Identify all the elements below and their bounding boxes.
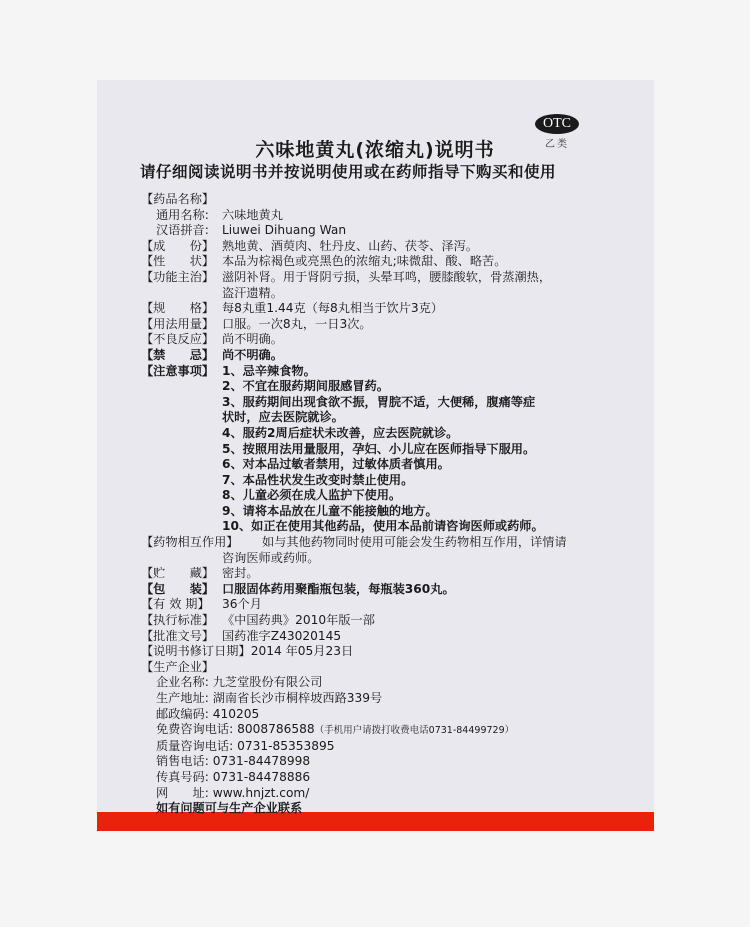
postcode-row: 邮政编码: 410205 [141,707,641,723]
precaution-item: 10、如正在使用其他药品，使用本品前请咨询医师或药师。 [141,519,641,535]
section-properties: 【性 状】 本品为棕褐色或亮黑色的浓缩丸;味微甜、酸、略苦。 [141,254,641,270]
precaution-item: 4、服药2周后症状未改善，应去医院就诊。 [141,426,641,442]
section-dosage: 【用法用量】 口服。一次8丸，一日3次。 [141,317,641,333]
document-title: 六味地黄丸(浓缩丸)说明书 [0,135,750,162]
section-label: 【禁 忌】 [141,348,222,364]
section-value: 熟地黄、酒萸肉、牡丹皮、山药、茯苓、泽泻。 [222,239,478,255]
section-label: 【性 状】 [141,254,222,270]
section-storage: 【贮 藏】 密封。 [141,566,641,582]
section-label: 【注意事项】 [141,364,222,380]
section-value: 每8丸重1.44克（每8丸相当于饮片3克） [222,301,443,317]
section-value: 本品为棕褐色或亮黑色的浓缩丸;味微甜、酸、略苦。 [222,254,506,270]
section-label: 【规 格】 [141,301,222,317]
section-expiry: 【有 效 期】 36个月 [141,597,641,613]
field-value: Liuwei Dihuang Wan [222,223,346,239]
section-value: 《中国药典》2010年版一部 [222,613,375,629]
field-label: 通用名称: [156,208,222,224]
section-precautions: 【注意事项】 1、忌辛辣食物。 [141,364,641,380]
field-label: 企业名称: [156,675,209,689]
section-label: 【用法用量】 [141,317,222,333]
section-value: 国药准字Z43020145 [222,629,341,645]
section-standard: 【执行标准】 《中国药典》2010年版一部 [141,613,641,629]
section-value: 口服。一次8丸，一日3次。 [222,317,372,333]
field-label: 免费咨询电话: [156,722,233,736]
precaution-item: 2、不宜在服药期间服感冒药。 [141,379,641,395]
section-label: 【功能主治】 [141,270,222,286]
section-revision: 【说明书修订日期】 2014 年05月23日 [141,644,641,660]
address-row: 生产地址: 湖南省长沙市桐梓坡西路339号 [141,691,641,707]
section-value-cont: 盗汗遗精。 [141,286,641,302]
precaution-item: 5、按照用法用量服用，孕妇、小儿应在医师指导下服用。 [141,442,641,458]
section-ingredients: 【成 份】 熟地黄、酒萸肉、牡丹皮、山药、茯苓、泽泻。 [141,239,641,255]
field-value: 0731-85353895 [237,739,334,753]
section-indications: 【功能主治】 滋阴补肾。用于肾阴亏损，头晕耳鸣，腰膝酸软，骨蒸潮热， [141,270,641,286]
section-contraindications: 【禁 忌】 尚不明确。 [141,348,641,364]
section-label: 【不良反应】 [141,332,222,348]
section-label: 【包 装】 [141,582,222,598]
section-value: 36个月 [222,597,262,613]
website-value: www.hnjzt.com/ [213,786,310,800]
section-label: 【成 份】 [141,239,222,255]
field-value: 410205 [213,707,260,721]
section-manufacturer: 【生产企业】 [141,660,641,676]
field-value: 湖南省长沙市桐梓坡西路339号 [213,691,383,705]
field-label: 邮政编码: [156,707,209,721]
section-drug-name: 【药品名称】 [141,192,641,208]
section-label: 【说明书修订日期】 [141,644,251,660]
precaution-item: 9、请将本品放在儿童不能接触的地方。 [141,504,641,520]
section-label: 【贮 藏】 [141,566,222,582]
field-label: 生产地址: [156,691,209,705]
precaution-item: 6、对本品过敏者禁用，过敏体质者慎用。 [141,457,641,473]
sales-phone-row: 销售电话: 0731-84478998 [141,754,641,770]
precaution-item: 8、儿童必须在成人监护下使用。 [141,488,641,504]
section-value: 密封。 [222,566,259,582]
section-specification: 【规 格】 每8丸重1.44克（每8丸相当于饮片3克） [141,301,641,317]
precaution-item-cont: 状时，应去医院就诊。 [141,410,641,426]
section-interactions: 【药物相互作用】 如与其他药物同时使用可能会发生药物相互作用，详情请 [141,535,641,551]
section-label: 【有 效 期】 [141,597,222,613]
section-label: 【药品名称】 [141,192,214,208]
field-value: 0731-84478998 [213,754,310,768]
document-subtitle: 请仔细阅读说明书并按说明使用或在药师指导下购买和使用 [140,160,556,182]
leaflet-body: 【药品名称】 通用名称: 六味地黄丸 汉语拼音: Liuwei Dihuang … [141,192,641,817]
field-label: 销售电话: [156,754,209,768]
section-approval: 【批准文号】 国药准字Z43020145 [141,629,641,645]
section-label: 【药物相互作用】 [141,535,262,551]
section-value-cont: 咨询医师或药师。 [141,551,641,567]
precaution-item: 1、忌辛辣食物。 [222,364,316,380]
field-value: 九芝堂股份有限公司 [213,675,323,689]
hotline-row: 免费咨询电话: 8008786588（手机用户请拨打收费电话0731-84499… [141,722,641,739]
field-label: 汉语拼音: [156,223,222,239]
section-label: 【执行标准】 [141,613,222,629]
field-label: 质量咨询电话: [156,739,233,753]
section-value: 如与其他药物同时使用可能会发生药物相互作用，详情请 [262,535,567,551]
precaution-item: 3、服药期间出现食欲不振，胃脘不适，大便稀，腹痛等症 [141,395,641,411]
contact-note: 如有问题可与生产企业联系 [141,801,641,817]
field-label: 传真号码: [156,770,209,784]
field-value: 六味地黄丸 [222,208,283,224]
fax-row: 传真号码: 0731-84478886 [141,770,641,786]
quality-phone-row: 质量咨询电话: 0731-85353895 [141,739,641,755]
section-value: 口服固体药用聚酯瓶包装，每瓶装360丸。 [222,582,455,598]
section-value: 滋阴补肾。用于肾阴亏损，头晕耳鸣，腰膝酸软，骨蒸潮热， [222,270,551,286]
section-label: 【生产企业】 [141,660,214,676]
section-value: 2014 年05月23日 [251,644,353,660]
field-label: 网 址: [156,786,209,800]
section-value: 尚不明确。 [222,332,283,348]
field-note: （手机用户请拨打收费电话0731-84499729） [315,725,514,736]
website-row: 网 址: www.hnjzt.com/ [141,786,641,802]
section-package: 【包 装】 口服固体药用聚酯瓶包装，每瓶装360丸。 [141,582,641,598]
field-value: 0731-84478886 [213,770,310,784]
section-adverse: 【不良反应】 尚不明确。 [141,332,641,348]
section-value: 尚不明确。 [222,348,283,364]
company-name-row: 企业名称: 九芝堂股份有限公司 [141,675,641,691]
otc-badge-icon: OTC [535,114,579,134]
field-value: 8008786588 [237,722,315,736]
section-label: 【批准文号】 [141,629,222,645]
precaution-item: 7、本品性状发生改变时禁止使用。 [141,473,641,489]
pinyin-row: 汉语拼音: Liuwei Dihuang Wan [141,223,641,239]
generic-name-row: 通用名称: 六味地黄丸 [141,208,641,224]
